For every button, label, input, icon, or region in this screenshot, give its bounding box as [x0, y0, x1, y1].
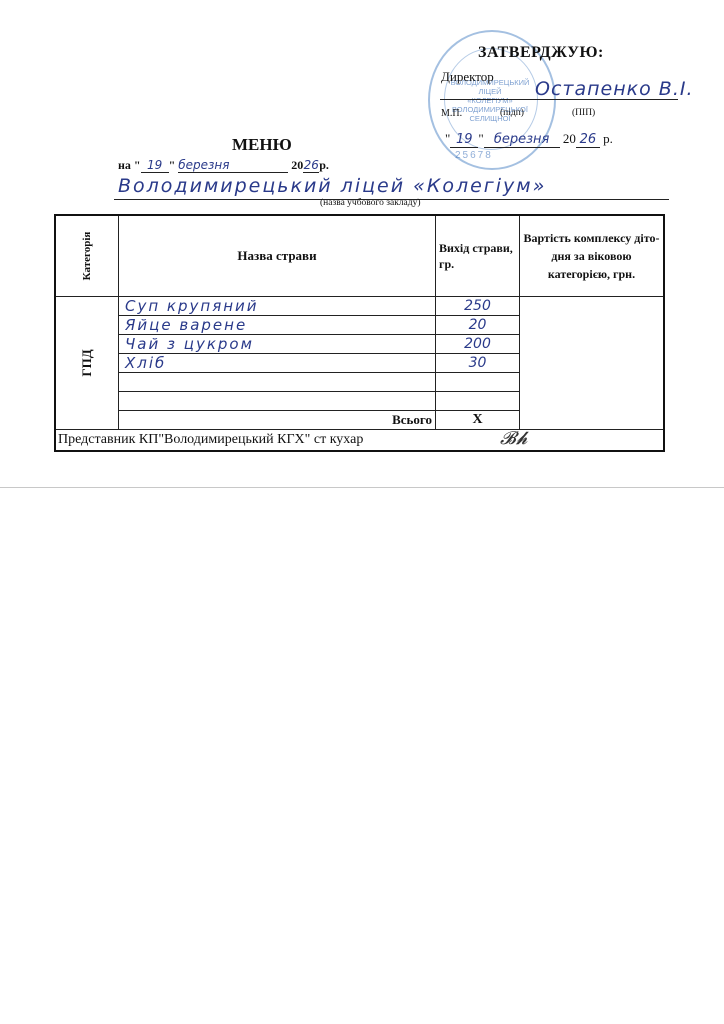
year-suffix: р. — [603, 131, 613, 146]
director-position: Директор — [441, 69, 494, 85]
year-prefix: 20 — [291, 158, 303, 172]
total-label: Всього — [119, 411, 436, 430]
cook-signature: 𝓑𝓱 — [500, 428, 528, 449]
representative-row: Представник КП"Володимирецький КГХ" ст к… — [55, 430, 664, 452]
dish-name: Чай з цукром — [119, 335, 436, 354]
dish-yield — [436, 373, 520, 392]
quote: " — [169, 158, 176, 172]
menu-title: МЕНЮ — [232, 135, 292, 155]
approval-title: ЗАТВЕРДЖУЮ: — [478, 44, 604, 62]
page-edge-line — [0, 487, 724, 488]
dish-name — [119, 392, 436, 411]
school-name: Володимирецький ліцей «Колегіум» — [118, 175, 546, 197]
dish-yield: 250 — [436, 297, 520, 316]
header-cost: Вартість комплексу діто-дня за віковою к… — [520, 215, 665, 297]
approval-day: 19 — [450, 132, 478, 148]
dish-name: Яйце варене — [119, 316, 436, 335]
header-yield: Вихід страви, гр. — [436, 215, 520, 297]
stamp-line: ЛІЦЕЙ — [448, 87, 532, 96]
table-row: ГПД Суп крупяний 250 — [55, 297, 664, 316]
menu-day: 19 — [141, 158, 169, 173]
director-name: Остапенко В.І. — [535, 78, 694, 100]
dish-yield: 200 — [436, 335, 520, 354]
menu-month: березня — [178, 158, 288, 173]
school-caption: (назва учбового закладу) — [320, 198, 421, 208]
header-category: Категорія — [55, 215, 119, 297]
signature-caption: (підп) — [500, 108, 524, 118]
approval-year: 26 — [576, 132, 600, 148]
menu-year: 26 — [303, 158, 319, 173]
year-suffix: р. — [319, 158, 329, 172]
year-prefix: 20 — [563, 131, 576, 146]
approval-month: березня — [484, 132, 560, 148]
header-dish-name: Назва страви — [119, 215, 436, 297]
dish-yield: 20 — [436, 316, 520, 335]
dish-yield: 30 — [436, 354, 520, 373]
date-prefix: на " — [118, 158, 141, 172]
dish-name: Хліб — [119, 354, 436, 373]
table-header-row: Категорія Назва страви Вихід страви, гр.… — [55, 215, 664, 297]
category-label: ГПД — [79, 349, 95, 376]
mp-label: М.П. — [441, 108, 462, 119]
dish-yield — [436, 392, 520, 411]
cost-cell — [520, 297, 665, 430]
header-category-label: Категорія — [81, 232, 93, 281]
total-yield: Х — [436, 411, 520, 430]
dish-name — [119, 373, 436, 392]
approval-date: "19"березня 2026 р. — [445, 131, 613, 148]
menu-date: на "19" березня 2026р. — [118, 158, 329, 173]
menu-table: Категорія Назва страви Вихід страви, гр.… — [54, 214, 665, 452]
dish-name: Суп крупяний — [119, 297, 436, 316]
name-caption: (ПІП) — [572, 108, 595, 118]
category-cell: ГПД — [55, 297, 119, 430]
stamp-line: «КОЛЕГІУМ» — [448, 96, 532, 105]
stamp-number: 25678 — [455, 150, 493, 161]
representative: Представник КП"Володимирецький КГХ" ст к… — [55, 430, 664, 452]
